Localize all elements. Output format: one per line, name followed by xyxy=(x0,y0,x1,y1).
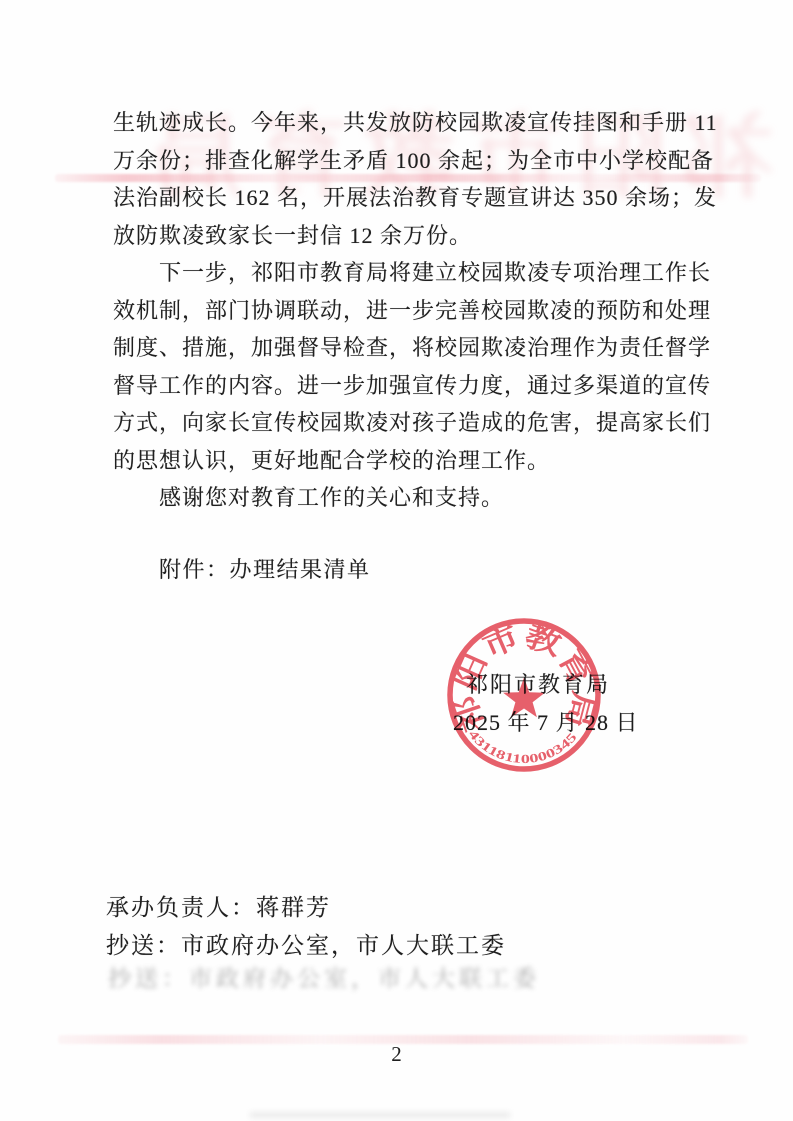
body-line: 方式，向家长宣传校园欺凌对孩子造成的危害，提高家长们 xyxy=(113,404,691,442)
seal-arc-text: 祁阳市教育局 xyxy=(448,619,600,735)
body-line: 生轨迹成长。今年来，共发放防校园欺凌宣传挂图和手册 11 xyxy=(113,104,691,142)
body-line: 下一步，祁阳市教育局将建立校园欺凌专项治理工作长 xyxy=(113,254,691,292)
thanks-line: 感谢您对教育工作的关心和支持。 xyxy=(113,479,691,517)
letter-body: 生轨迹成长。今年来，共发放防校园欺凌宣传挂图和手册 11 万余份；排查化解学生矛… xyxy=(113,104,691,517)
body-line: 效机制，部门协调联动，进一步完善校园欺凌的预防和处理 xyxy=(113,292,691,330)
official-seal-graphic: 祁阳市教育局 43118110000345 xyxy=(424,595,624,795)
scanned-document-page: 祁阳市教育局 抄送：市政府办公室，市人大联工委 生轨迹成长。今年来，共发放防校园… xyxy=(0,0,793,1121)
body-line: 万余份；排查化解学生矛盾 100 余起；为全市中小学校配备 xyxy=(113,142,691,180)
cc-line: 抄送：市政府办公室，市人大联工委 xyxy=(106,927,506,960)
seal-star-icon xyxy=(503,678,545,718)
handler-line: 承办负责人：蒋群芳 xyxy=(106,889,331,922)
body-line: 的思想认识，更好地配合学校的治理工作。 xyxy=(113,442,691,480)
seal-ink-group: 祁阳市教育局 43118110000345 xyxy=(448,619,600,769)
bottom-scan-smudge xyxy=(250,1112,510,1118)
body-line: 制度、措施，加强督导检查，将校园欺凌治理作为责任督学 xyxy=(113,329,691,367)
body-line: 督导工作的内容。进一步加强宣传力度，通过多渠道的宣传 xyxy=(113,367,691,405)
body-line: 法治副校长 162 名，开展法治教育专题宣讲达 350 余场；发 xyxy=(113,179,691,217)
page-number: 2 xyxy=(0,1042,793,1067)
cc-line-bleedthrough: 抄送：市政府办公室，市人大联工委 xyxy=(108,960,540,993)
attachment-line: 附件：办理结果清单 xyxy=(113,551,371,589)
official-seal: 祁阳市教育局 43118110000345 xyxy=(424,595,624,795)
body-line: 放防欺凌致家长一封信 12 余万份。 xyxy=(113,217,691,255)
